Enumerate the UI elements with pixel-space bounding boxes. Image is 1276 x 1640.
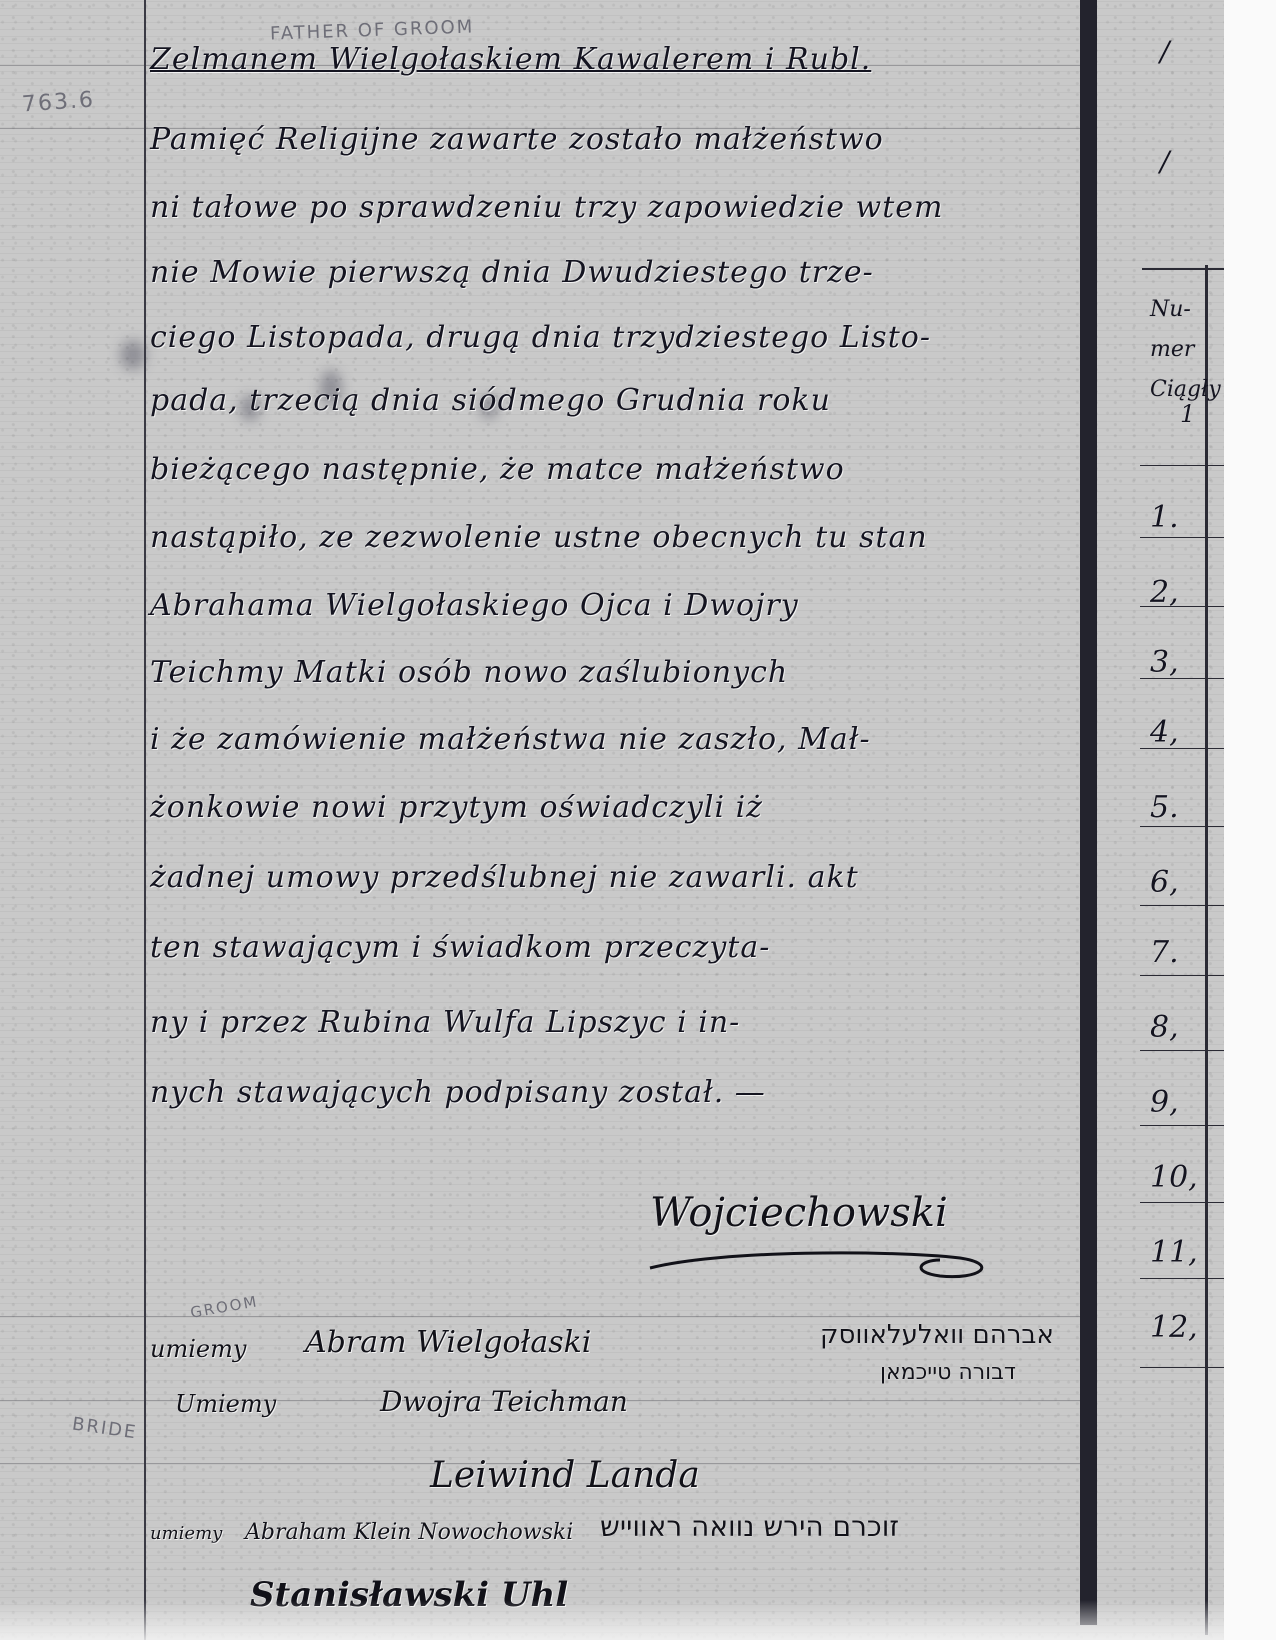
hebrew-signature-groom: אברהם וואלעלאווסק <box>820 1320 1054 1350</box>
number-underline <box>1140 1125 1224 1126</box>
entry-number: 2, <box>1150 575 1179 610</box>
number-underline <box>1140 1202 1224 1203</box>
number-underline <box>1140 1050 1224 1051</box>
body-line: Pamięć Religijne zawarte zostało małżeńs… <box>150 122 884 157</box>
groom-signature: Abram Wielgołaski <box>305 1325 591 1360</box>
hebrew-signature-bride: דבורה טייכמאן <box>880 1360 1016 1385</box>
body-line: ni tałowe po sprawdzeniu trzy zapowiedzi… <box>150 190 944 225</box>
signature-role-label: umiemy <box>150 1335 246 1363</box>
body-line: ten stawającym i świadkom przeczyta- <box>150 930 770 965</box>
body-line: żonkowie nowi przytym oświadczyli iż <box>150 790 763 825</box>
pencil-reference-number: 763.6 <box>21 87 96 117</box>
column-mark: / <box>1160 145 1169 178</box>
page-bottom-fade <box>0 1600 1224 1640</box>
signature-role-label: Umiemy <box>175 1390 276 1418</box>
column-divider-rule <box>1080 0 1097 1625</box>
entry-number: 10, <box>1150 1160 1198 1195</box>
header-sub-number: 1 <box>1180 400 1195 428</box>
left-margin-rule <box>144 0 146 1640</box>
number-underline <box>1140 537 1224 538</box>
entry-number: 8, <box>1150 1010 1179 1045</box>
number-underline <box>1140 1367 1224 1368</box>
witness-signature: Leiwind Landa <box>430 1455 700 1496</box>
body-line: żadnej umowy przedślubnej nie zawarli. a… <box>150 860 859 895</box>
body-line: Teichmy Matki osób nowo zaślubionych <box>150 655 788 690</box>
body-line: bieżącego następnie, że matce małżeństwo <box>150 452 845 487</box>
ink-smudge <box>120 340 146 370</box>
entry-number: 7. <box>1150 935 1179 970</box>
entry-number: 11, <box>1150 1235 1198 1270</box>
number-underline <box>1140 975 1224 976</box>
body-line: nastąpiło, ze zezwolenie ustne obecnych … <box>150 520 928 555</box>
number-underline <box>1140 606 1224 607</box>
number-underline <box>1140 826 1224 827</box>
signature-flourish <box>640 1230 1020 1290</box>
number-underline <box>1140 905 1224 906</box>
entry-number: 6, <box>1150 865 1179 900</box>
number-underline <box>1140 465 1224 466</box>
number-column-header-rule <box>1142 268 1224 270</box>
ruled-line <box>0 1316 1080 1317</box>
witness-signature: Abraham Klein Nowochowski <box>245 1520 573 1545</box>
entry-number: 3, <box>1150 645 1179 680</box>
body-line: nych stawających podpisany został. — <box>150 1075 766 1110</box>
hebrew-signature-witness: זוכרם הירש נוואה ראווייש <box>600 1510 899 1543</box>
entry-number: 5. <box>1150 790 1179 825</box>
signature-role-label: umiemy <box>150 1523 222 1544</box>
body-line: i że zamówienie małżeństwa nie zaszło, M… <box>150 722 871 757</box>
bride-signature: Dwojra Teichman <box>380 1385 628 1418</box>
header-line: mer <box>1150 330 1221 370</box>
body-line: ny i przez Rubina Wulfa Lipszyc i in- <box>150 1005 740 1040</box>
body-line: ciego Listopada, drugą dnia trzydziesteg… <box>150 320 931 355</box>
column-mark: / <box>1160 35 1169 68</box>
entry-number: 9, <box>1150 1085 1179 1120</box>
header-line: Nu- <box>1150 290 1221 330</box>
body-line: Abrahama Wielgołaskiego Ojca i Dwojry <box>150 588 799 623</box>
body-line: nie Mowie pierwszą dnia Dwudziestego trz… <box>150 255 874 290</box>
body-line: pada, trzecią dnia siódmego Grudnia roku <box>150 383 831 418</box>
record-heading: Zelmanem Wielgołaskiem Kawalerem i Rubl. <box>150 42 871 77</box>
number-underline <box>1140 1278 1224 1279</box>
number-underline <box>1140 748 1224 749</box>
entry-number: 12, <box>1150 1310 1198 1345</box>
number-column-header: Nu- mer Ciągły <box>1150 290 1221 410</box>
entry-number: 1. <box>1150 500 1179 535</box>
number-column-rule <box>1205 265 1208 1635</box>
entry-number: 4, <box>1150 715 1179 750</box>
number-underline <box>1140 678 1224 679</box>
